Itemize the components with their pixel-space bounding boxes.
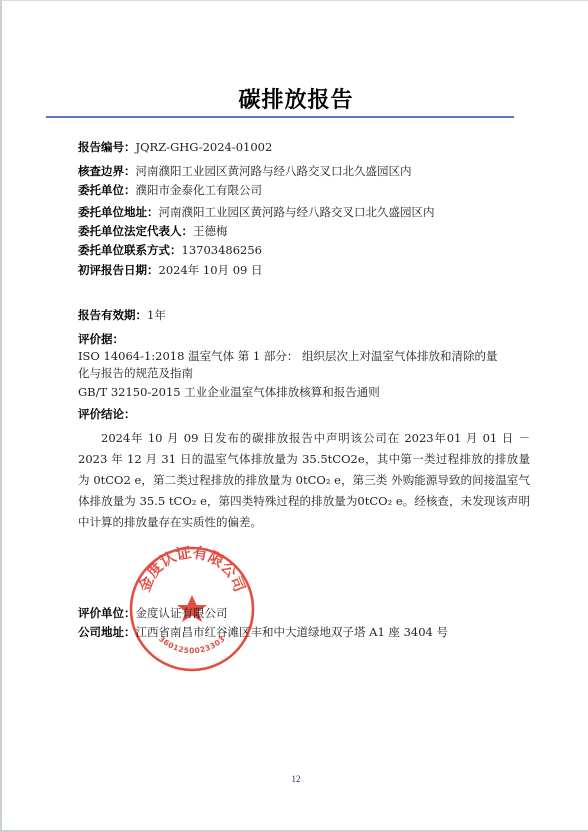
- field-report-no: 报告编号：JQRZ-GHG-2024-01002: [78, 139, 272, 155]
- field-evaluator-unit: 评价单位：金度认证有限公司: [78, 605, 228, 621]
- title-divider: [46, 116, 514, 118]
- field-value: 河南濮阳工业园区黄河路与经八路交叉口北久盛园区内: [136, 164, 412, 178]
- field-label: 报告有效期：: [78, 308, 147, 322]
- field-contact: 委托单位联系方式：13703486256: [78, 242, 262, 258]
- conclusion-label: 评价结论：: [78, 407, 136, 421]
- field-value: 1年: [147, 308, 166, 322]
- field-label: 委托单位：: [78, 183, 136, 197]
- field-legal-representative: 委托单位法定代表人：王德梅: [78, 223, 228, 239]
- field-label: 报告编号：: [78, 140, 136, 154]
- page-number: 12: [2, 774, 588, 784]
- field-value: 金度认证有限公司: [136, 606, 228, 620]
- field-label: 委托单位法定代表人：: [78, 224, 193, 238]
- field-validity: 报告有效期：1年: [78, 307, 166, 323]
- field-label: 公司地址：: [78, 625, 136, 639]
- field-value: JQRZ-GHG-2024-01002: [136, 140, 273, 154]
- basis-item-iso: ISO 14064-1:2018 温室气体 第 1 部分： 组织层次上对温室气体…: [78, 348, 498, 382]
- field-value: 2024年 10月 09 日: [159, 263, 263, 277]
- field-value: 河南濮阳工业园区黄河路与经八路交叉口北久盛园区内: [159, 205, 435, 219]
- field-label: 初评报告日期：: [78, 263, 159, 277]
- field-value: 13703486256: [182, 243, 262, 257]
- field-client-address: 委托单位地址：河南濮阳工业园区黄河路与经八路交叉口北久盛园区内: [78, 204, 435, 220]
- basis-label: 评价据：: [78, 332, 124, 346]
- svg-text:金度认证有限公司: 金度认证有限公司: [135, 545, 248, 594]
- field-evaluator-address: 公司地址：江西省南昌市红谷滩区丰和中大道绿地双子塔 A1 座 3404 号: [78, 624, 448, 640]
- field-boundary: 核查边界：河南濮阳工业园区黄河路与经八路交叉口北久盛园区内: [78, 163, 412, 179]
- field-label: 委托单位地址：: [78, 205, 159, 219]
- field-value: 王德梅: [193, 224, 228, 238]
- field-client: 委托单位：濮阳市金泰化工有限公司: [78, 182, 262, 198]
- field-label: 评价单位：: [78, 606, 136, 620]
- field-value: 江西省南昌市红谷滩区丰和中大道绿地双子塔 A1 座 3404 号: [136, 625, 449, 639]
- document-page: 碳排放报告 报告编号：JQRZ-GHG-2024-01002 核查边界：河南濮阳…: [0, 0, 588, 832]
- field-label: 核查边界：: [78, 164, 136, 178]
- field-value: 濮阳市金泰化工有限公司: [136, 183, 263, 197]
- basis-item-gbt: GB/T 32150-2015 工业企业温室气体排放核算和报告通则: [78, 384, 528, 401]
- document-title: 碳排放报告: [2, 83, 588, 114]
- field-label: 委托单位联系方式：: [78, 243, 182, 257]
- field-initial-date: 初评报告日期：2024年 10月 09 日: [78, 262, 263, 278]
- conclusion-paragraph: 2024年 10 月 09 日发布的碳排放报告中声明该公司在 2023年01 月…: [78, 428, 530, 533]
- conclusion-heading: 评价结论：: [78, 406, 136, 422]
- basis-heading: 评价据：: [78, 331, 124, 347]
